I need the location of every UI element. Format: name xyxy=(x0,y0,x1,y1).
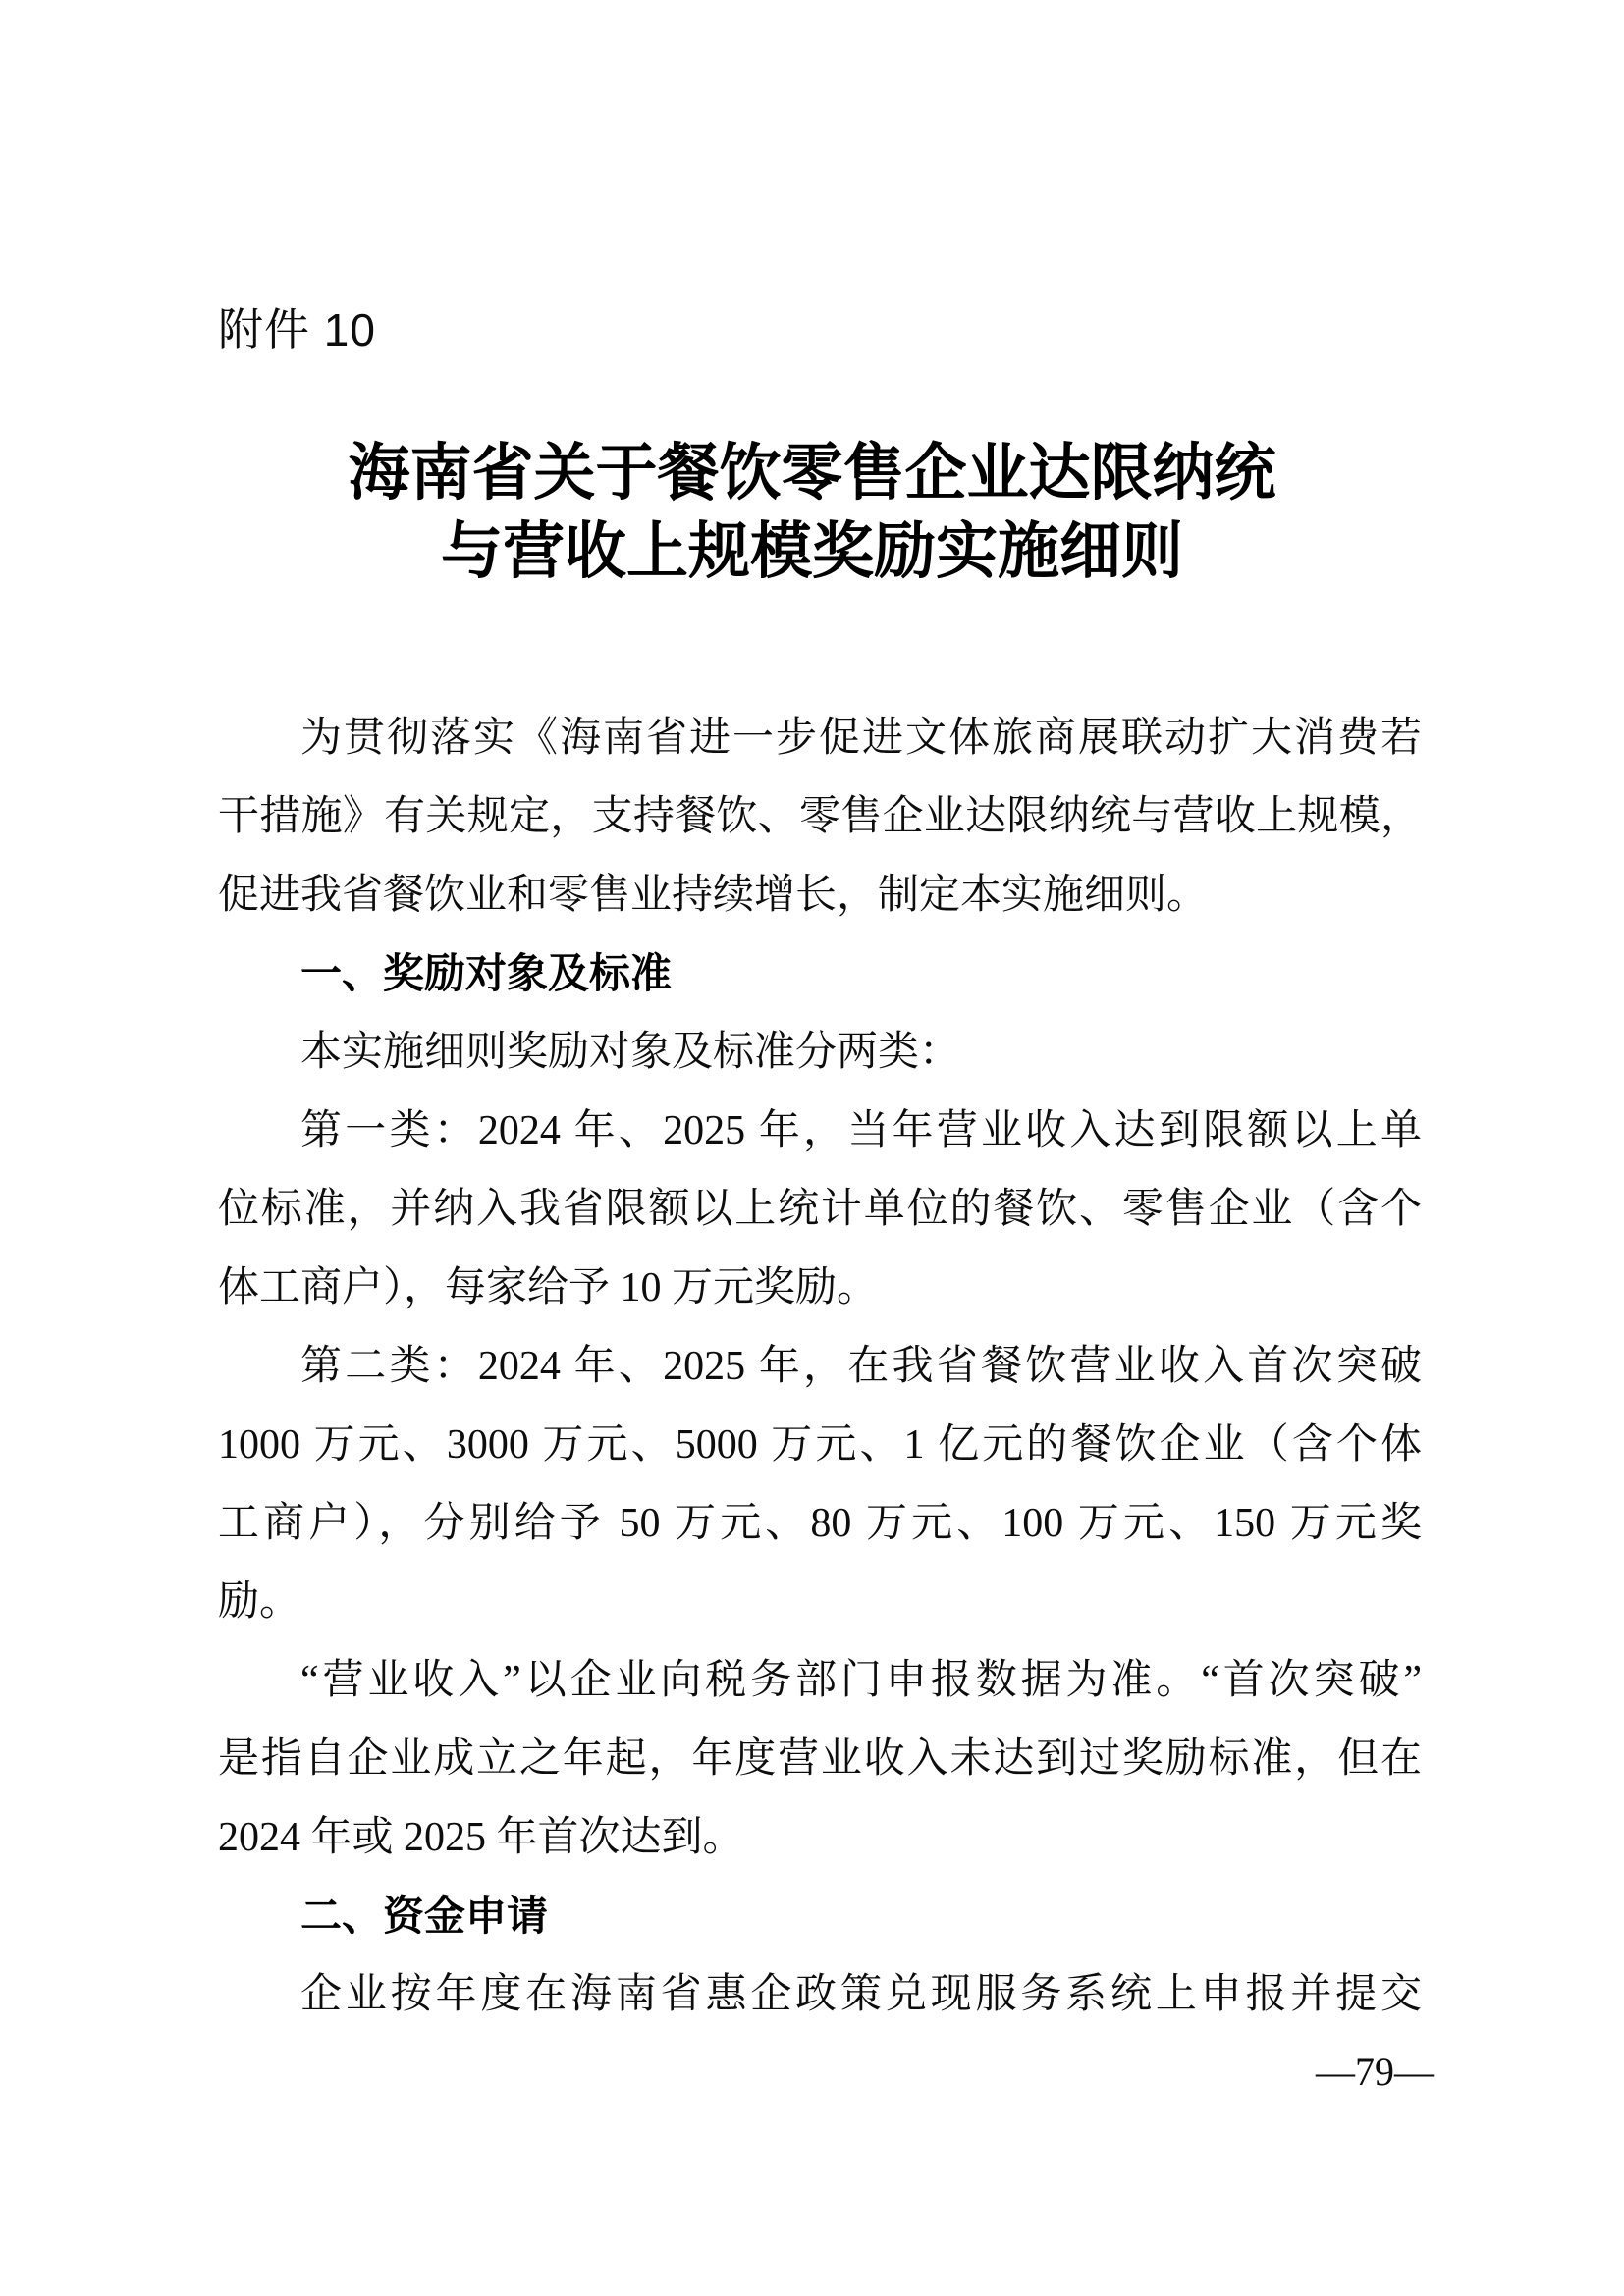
body-line: 为贯彻落实《海南省进一步促进文体旅商展联动扩大消费若 xyxy=(218,699,1422,777)
body-line: 企业按年度在海南省惠企政策兑现服务系统上申报并提交 xyxy=(218,1955,1422,2034)
document-page: 附件 10 海南省关于餐饮零售企业达限纳统 与营收上规模奖励实施细则 为贯彻落实… xyxy=(0,0,1624,2296)
body-line: 位标准，并纳入我省限额以上统计单位的餐饮、零售企业（含个 xyxy=(218,1170,1422,1249)
body-line: 干措施》有关规定，支持餐饮、零售企业达限纳统与营收上规模， xyxy=(218,777,1422,856)
body-line: 体工商户），每家给予 10 万元奖励。 xyxy=(218,1249,1422,1327)
body-line: 励。 xyxy=(218,1563,1422,1641)
body-line: 是指自企业成立之年起，年度营业收入未达到过奖励标准，但在 xyxy=(218,1720,1422,1798)
body-line: 第一类：2024 年、2025 年，当年营业收入达到限额以上单 xyxy=(218,1092,1422,1170)
attachment-label: 附件 10 xyxy=(218,304,376,355)
body-line: 2024 年或 2025 年首次达到。 xyxy=(218,1798,1422,1877)
body-line: 第二类：2024 年、2025 年，在我省餐饮营业收入首次突破 xyxy=(218,1327,1422,1406)
body-line: 本实施细则奖励对象及标准分两类： xyxy=(218,1013,1422,1092)
document-title-line-1: 海南省关于餐饮零售企业达限纳统 xyxy=(210,434,1414,512)
section-heading-1: 一、奖励对象及标准 xyxy=(218,934,1422,1013)
document-body: 为贯彻落实《海南省进一步促进文体旅商展联动扩大消费若 干措施》有关规定，支持餐饮… xyxy=(218,699,1422,2034)
body-line: 1000 万元、3000 万元、5000 万元、1 亿元的餐饮企业（含个体 xyxy=(218,1406,1422,1484)
document-title-line-2: 与营收上规模奖励实施细则 xyxy=(210,512,1414,591)
body-line: 促进我省餐饮业和零售业持续增长，制定本实施细则。 xyxy=(218,856,1422,934)
page-number: —79— xyxy=(1316,2050,1434,2095)
body-line: 工商户），分别给予 50 万元、80 万元、100 万元、150 万元奖 xyxy=(218,1484,1422,1563)
document-title: 海南省关于餐饮零售企业达限纳统 与营收上规模奖励实施细则 xyxy=(210,434,1414,591)
section-heading-2: 二、资金申请 xyxy=(218,1877,1422,1955)
body-line: “营业收入”以企业向税务部门申报数据为准。“首次突破” xyxy=(218,1641,1422,1720)
